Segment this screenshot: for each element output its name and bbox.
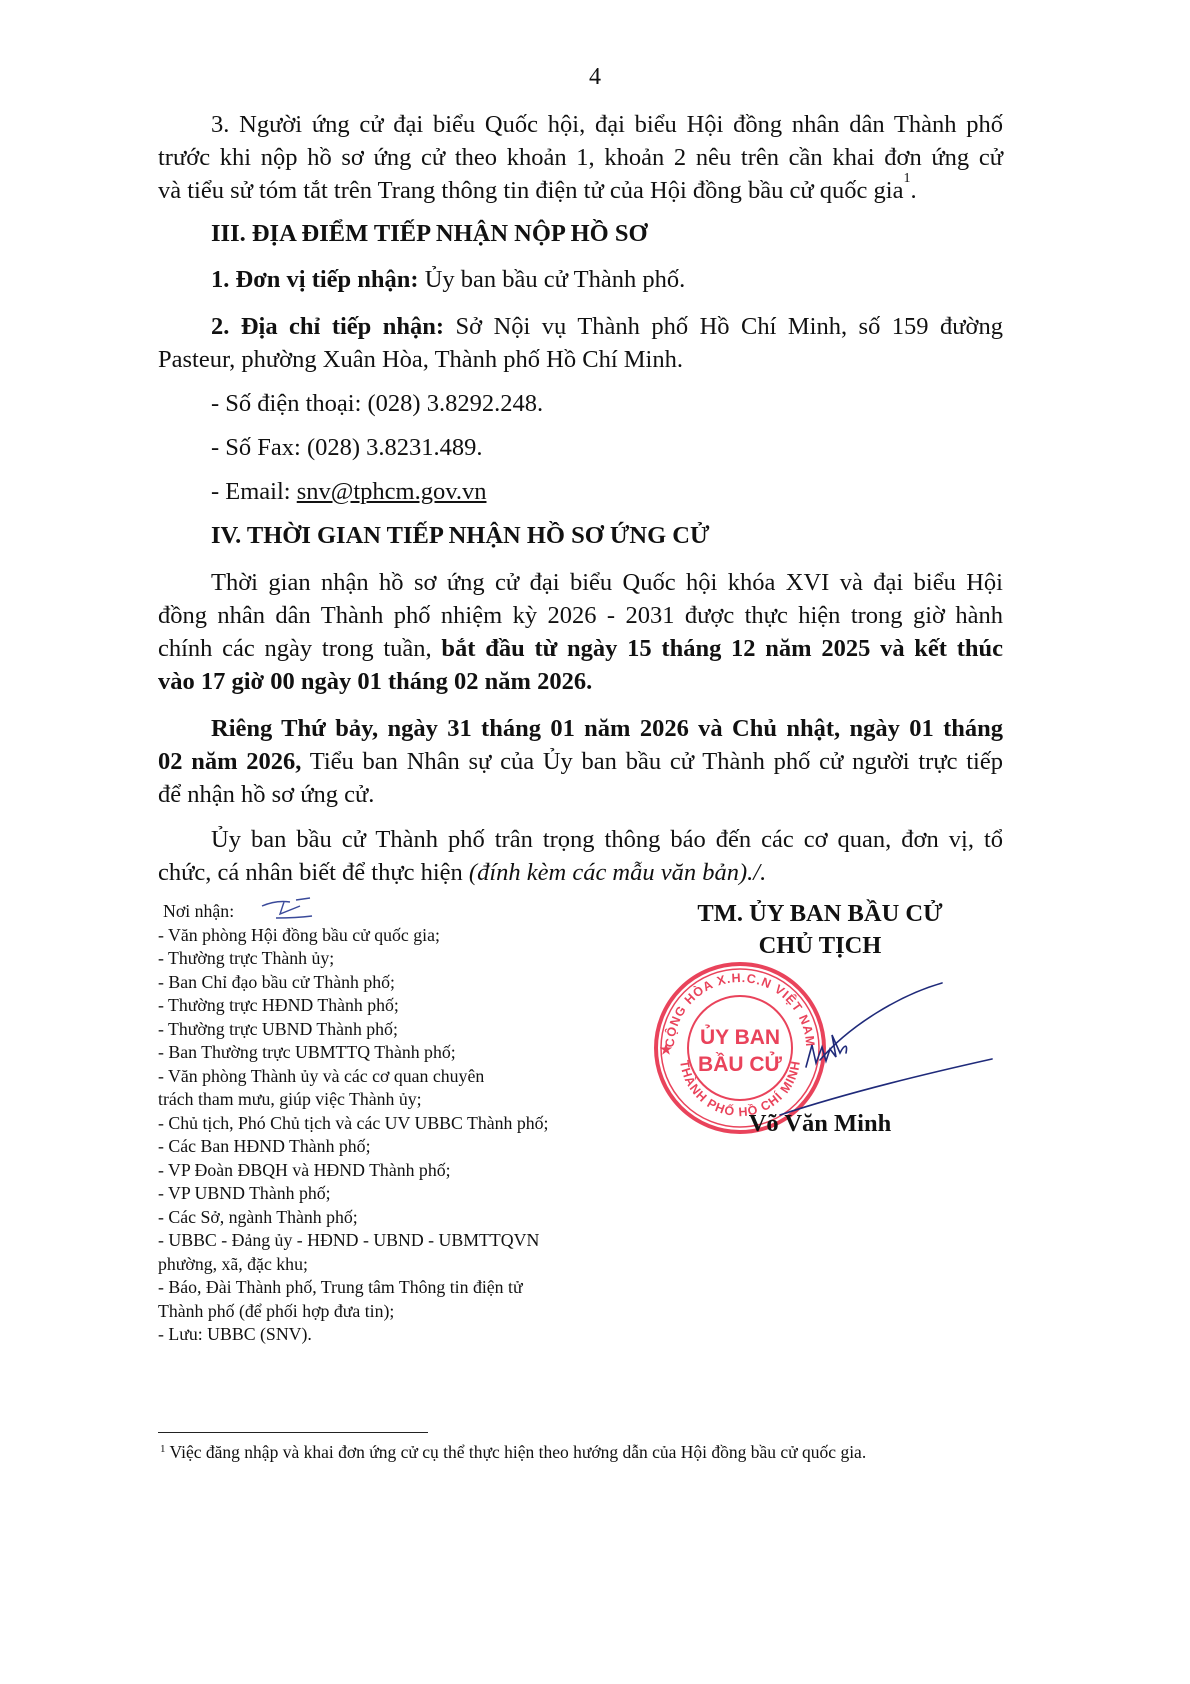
- receiving-unit-value: Ủy ban bầu cử Thành phố.: [419, 266, 686, 293]
- section-3-paragraph: 3. Người ứng cử đại biểu Quốc hội, đại b…: [158, 108, 1003, 207]
- recipient-item: - Ban Thường trực UBMTTQ Thành phố;: [158, 1041, 618, 1065]
- receiving-unit-label: 1. Đơn vị tiếp nhận:: [211, 266, 419, 293]
- recipient-item: trách tham mưu, giúp việc Thành ủy;: [158, 1088, 618, 1112]
- receiving-unit: 1. Đơn vị tiếp nhận: Ủy ban bầu cử Thành…: [211, 266, 685, 294]
- paragraph-line: trước khi nộp hồ sơ ứng cử theo khoản 1,…: [158, 141, 1003, 174]
- heading-part-3: III. ĐỊA ĐIỂM TIẾP NHẬN NỘP HỒ SƠ: [211, 220, 648, 248]
- recipients-label-row: Nơi nhận:: [158, 900, 618, 924]
- footnote-marker: 1: [160, 1443, 166, 1455]
- page-number: 4: [0, 64, 1190, 91]
- signer-name: Võ Văn Minh: [650, 1110, 990, 1138]
- recipient-item: - VP UBND Thành phố;: [158, 1182, 618, 1206]
- footnote-separator: [158, 1432, 428, 1433]
- paragraph-line: 3. Người ứng cử đại biểu Quốc hội, đại b…: [158, 108, 1003, 141]
- recipient-item: - Thường trực Thành ủy;: [158, 947, 618, 971]
- footnote-ref[interactable]: 1: [903, 171, 910, 186]
- fax-number: - Số Fax: (028) 3.8231.489.: [211, 434, 483, 462]
- recipient-item: - Chủ tịch, Phó Chủ tịch và các UV UBBC …: [158, 1112, 618, 1136]
- email-line: - Email: snv@tphcm.gov.vn: [211, 478, 486, 506]
- recipient-item: - Các Ban HĐND Thành phố;: [158, 1135, 618, 1159]
- receiving-address-label: 2. Địa chỉ tiếp nhận:: [211, 313, 444, 340]
- signature-title: TM. ỦY BAN BẦU CỬ CHỦ TỊCH: [650, 898, 990, 962]
- recipient-item: - UBBC - Đảng ủy - HĐND - UBND - UBMTTQV…: [158, 1229, 618, 1253]
- heading-part-4: IV. THỜI GIAN TIẾP NHẬN HỒ SƠ ỨNG CỬ: [211, 522, 709, 550]
- handwritten-signature-icon: [680, 975, 1000, 1125]
- recipient-item: - VP Đoàn ĐBQH và HĐND Thành phố;: [158, 1159, 618, 1183]
- svg-text:★: ★: [660, 1041, 673, 1057]
- weekend-reception-paragraph: Riêng Thứ bảy, ngày 31 tháng 01 năm 2026…: [158, 712, 1003, 811]
- recipient-item: - Báo, Đài Thành phố, Trung tâm Thông ti…: [158, 1276, 618, 1300]
- recipient-item: - Các Sở, ngành Thành phố;: [158, 1206, 618, 1230]
- recipients-list: Nơi nhận: - Văn phòng Hội đồng bầu cử qu…: [158, 900, 618, 1347]
- receiving-address: 2. Địa chỉ tiếp nhận: Sở Nội vụ Thành ph…: [158, 310, 1003, 376]
- footnote: 1 Việc đăng nhập và khai đơn ứng cử cụ t…: [160, 1442, 866, 1463]
- recipient-item: - Văn phòng Thành ủy và các cơ quan chuy…: [158, 1065, 618, 1089]
- recipient-item: - Ban Chỉ đạo bầu cử Thành phố;: [158, 971, 618, 995]
- recipients-label: Nơi nhận:: [163, 901, 234, 921]
- recipient-item: - Thường trực HĐND Thành phố;: [158, 994, 618, 1018]
- reception-time-paragraph: Thời gian nhận hồ sơ ứng cử đại biểu Quố…: [158, 566, 1003, 698]
- recipient-item: - Lưu: UBBC (SNV).: [158, 1323, 618, 1347]
- initial-signature-icon: [256, 896, 316, 920]
- phone-number: - Số điện thoại: (028) 3.8292.248.: [211, 390, 543, 418]
- recipient-item: - Thường trực UBND Thành phố;: [158, 1018, 618, 1042]
- recipient-item: phường, xã, đặc khu;: [158, 1253, 618, 1277]
- recipient-item: - Văn phòng Hội đồng bầu cử quốc gia;: [158, 924, 618, 948]
- closing-paragraph: Ủy ban bầu cử Thành phố trân trọng thông…: [158, 823, 1003, 889]
- email-link[interactable]: snv@tphcm.gov.vn: [297, 478, 487, 505]
- paragraph-line: và tiểu sử tóm tắt trên Trang thông tin …: [158, 174, 1003, 207]
- recipient-item: Thành phố (để phối hợp đưa tin);: [158, 1300, 618, 1324]
